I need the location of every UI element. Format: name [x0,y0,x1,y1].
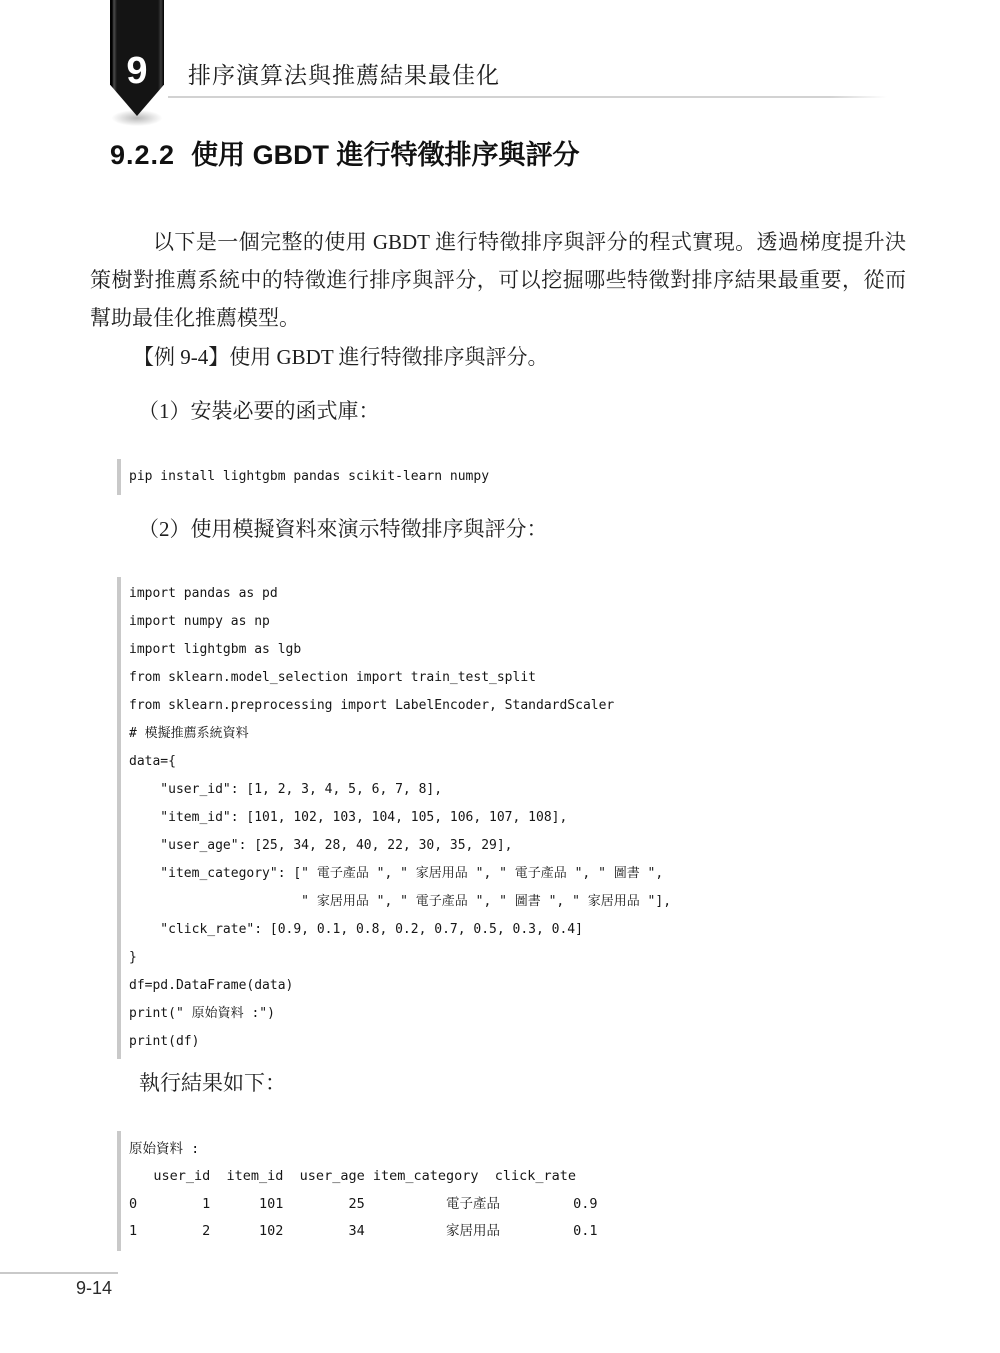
page-number: 9-14 [76,1278,112,1299]
chapter-number: 9 [110,52,164,90]
example-label: 【例 9-4】使用 GBDT 進行特徵排序與評分。 [133,342,549,372]
output-block: 原始資料 : user_id item_id user_age item_cat… [117,1131,598,1251]
header-rule [168,96,887,98]
step-1-label: （1）安裝必要的函式庫： [138,396,380,426]
book-page: 9 排序演算法與推薦結果最佳化 9.2.2使用 GBDT 進行特徵排序與評分 以… [0,0,1000,1353]
code-block-pip-install: pip install lightgbm pandas scikit-learn… [117,459,489,495]
section-number: 9.2.2 [110,140,175,170]
section-heading: 9.2.2使用 GBDT 進行特徵排序與評分 [110,138,580,172]
section-title: 使用 GBDT 進行特徵排序與評分 [191,140,580,170]
intro-paragraph: 以下是一個完整的使用 GBDT 進行特徵排序與評分的程式實現。透過梯度提升決策樹… [90,223,906,337]
footer-rule [0,1272,118,1274]
chapter-bookmark-icon: 9 [110,0,164,116]
chapter-title: 排序演算法與推薦結果最佳化 [188,61,500,89]
code-block-main: import pandas as pd import numpy as np i… [117,577,671,1059]
step-2-label: （2）使用模擬資料來演示特徵排序與評分： [138,514,548,544]
result-intro: 執行結果如下： [139,1068,286,1098]
